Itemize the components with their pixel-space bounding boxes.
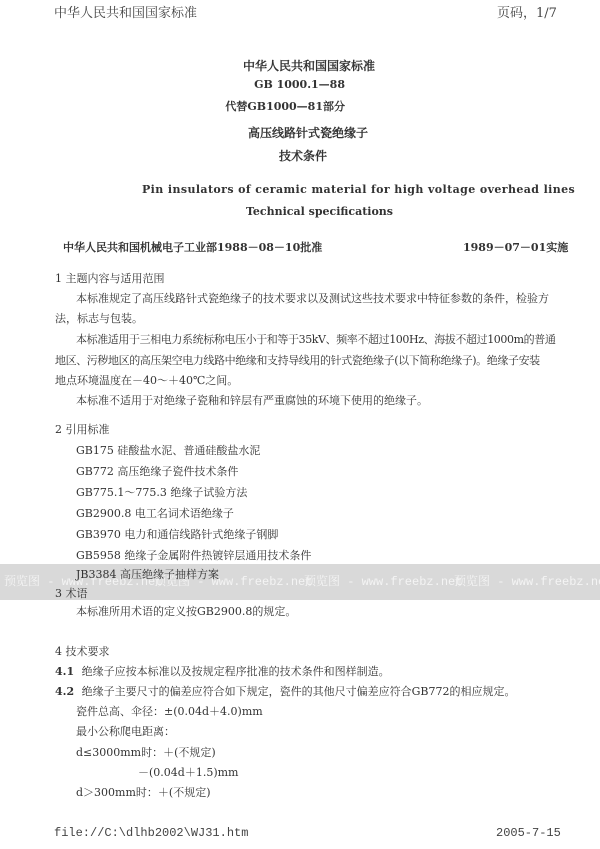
clause-4-2: 4.2 绝缘子主要尺寸的偏差应符合如下规定，瓷件的其他尺寸偏差应符合GB772的… [55,683,516,699]
reference-item: GB5958 绝缘子金属附件热镀锌层通用技术条件 [76,547,311,563]
replaces-note: 代替GB1000—81部分 [225,98,345,114]
clause-number: 4.1 [55,665,74,678]
clause-4-1: 4.1 绝缘子应按本标准以及按规定程序批准的技术条件和图样制造。 [55,663,390,679]
standard-number: GB 1000.1—88 [254,78,345,91]
tolerance-height-diameter: 瓷件总高、伞径：±(0.04d＋4.0)mm [76,703,263,719]
clause-text: 绝缘子主要尺寸的偏差应符合如下规定，瓷件的其他尺寸偏差应符合GB772的相应规定… [82,685,516,698]
issuing-org: 中华人民共和国国家标准 [243,57,375,74]
clause-number: 4.2 [55,685,74,698]
reference-item: GB3970 电力和通信线路针式绝缘子钢脚 [76,526,278,542]
tolerance-large-d-plus: d＞300mm时：＋(不规定) [76,784,210,800]
reference-item: GB775.1～775.3 绝缘子试验方法 [76,484,247,500]
watermark-text: 预览图 - www.freebz.net [454,572,600,589]
effective-date: 1989－07－01实施 [463,239,568,255]
tolerance-small-d-minus: －(0.04d＋1.5)mm [138,764,238,780]
reference-item: GB2900.8 电工名词术语绝缘子 [76,505,234,521]
tolerance-small-d-plus: d≤3000mm时：＋(不规定) [76,744,216,760]
section-3-para: 本标准所用术语的定义按GB2900.8的规定。 [76,603,296,619]
section-1-para-2-line-2: 地区、污秽地区的高压架空电力线路中绝缘和支持导线用的针式瓷绝缘子(以下简称绝缘子… [55,352,540,368]
watermark-text: 预览图 - www.freebz.net [304,572,462,589]
reference-item: JB3384 高压绝缘子抽样方案 [76,566,219,582]
clause-text: 绝缘子应按本标准以及按规定程序批准的技术条件和图样制造。 [82,665,390,678]
section-1-para-1-line-1: 本标准规定了高压线路针式瓷绝缘子的技术要求以及测试这些技术要求中特征参数的条件，… [76,290,549,306]
tolerance-creepage-label: 最小公称爬电距离： [76,723,175,739]
title-cn-sub: 技术条件 [279,147,327,164]
page-header-title: 中华人民共和国国家标准 [54,2,197,21]
section-1-para-2-line-3: 地点环境温度在－40～＋40℃之间。 [55,372,238,388]
section-1-para-2-line-1: 本标准适用于三相电力系统标称电压小于和等于35kV、频率不超过100Hz、海拔不… [76,331,555,347]
section-1-para-3: 本标准不适用于对绝缘子瓷釉和锌层有严重腐蚀的环境下使用的绝缘子。 [76,392,428,408]
section-1-heading: 1 主题内容与适用范围 [55,270,165,286]
title-cn-main: 高压线路针式瓷绝缘子 [248,124,368,141]
print-date: 2005-7-15 [496,826,561,840]
file-path: file://C:\dlhb2002\WJ31.htm [54,826,248,840]
section-4-heading: 4 技术要求 [55,643,110,659]
approval-line: 中华人民共和国机械电子工业部1988－08－10批准 [63,239,322,255]
section-2-heading: 2 引用标准 [55,421,110,437]
page-number: 页码，1/7 [497,2,557,21]
reference-item: GB175 硅酸盐水泥、普通硅酸盐水泥 [76,442,260,458]
section-3-heading: 3 术语 [55,585,88,601]
title-en-sub: Technical specifications [246,205,393,218]
title-en-main: Pin insulators of ceramic material for h… [142,183,575,196]
section-1-para-1-line-2: 法，标志与包装。 [55,310,143,326]
reference-item: GB772 高压绝缘子瓷件技术条件 [76,463,238,479]
